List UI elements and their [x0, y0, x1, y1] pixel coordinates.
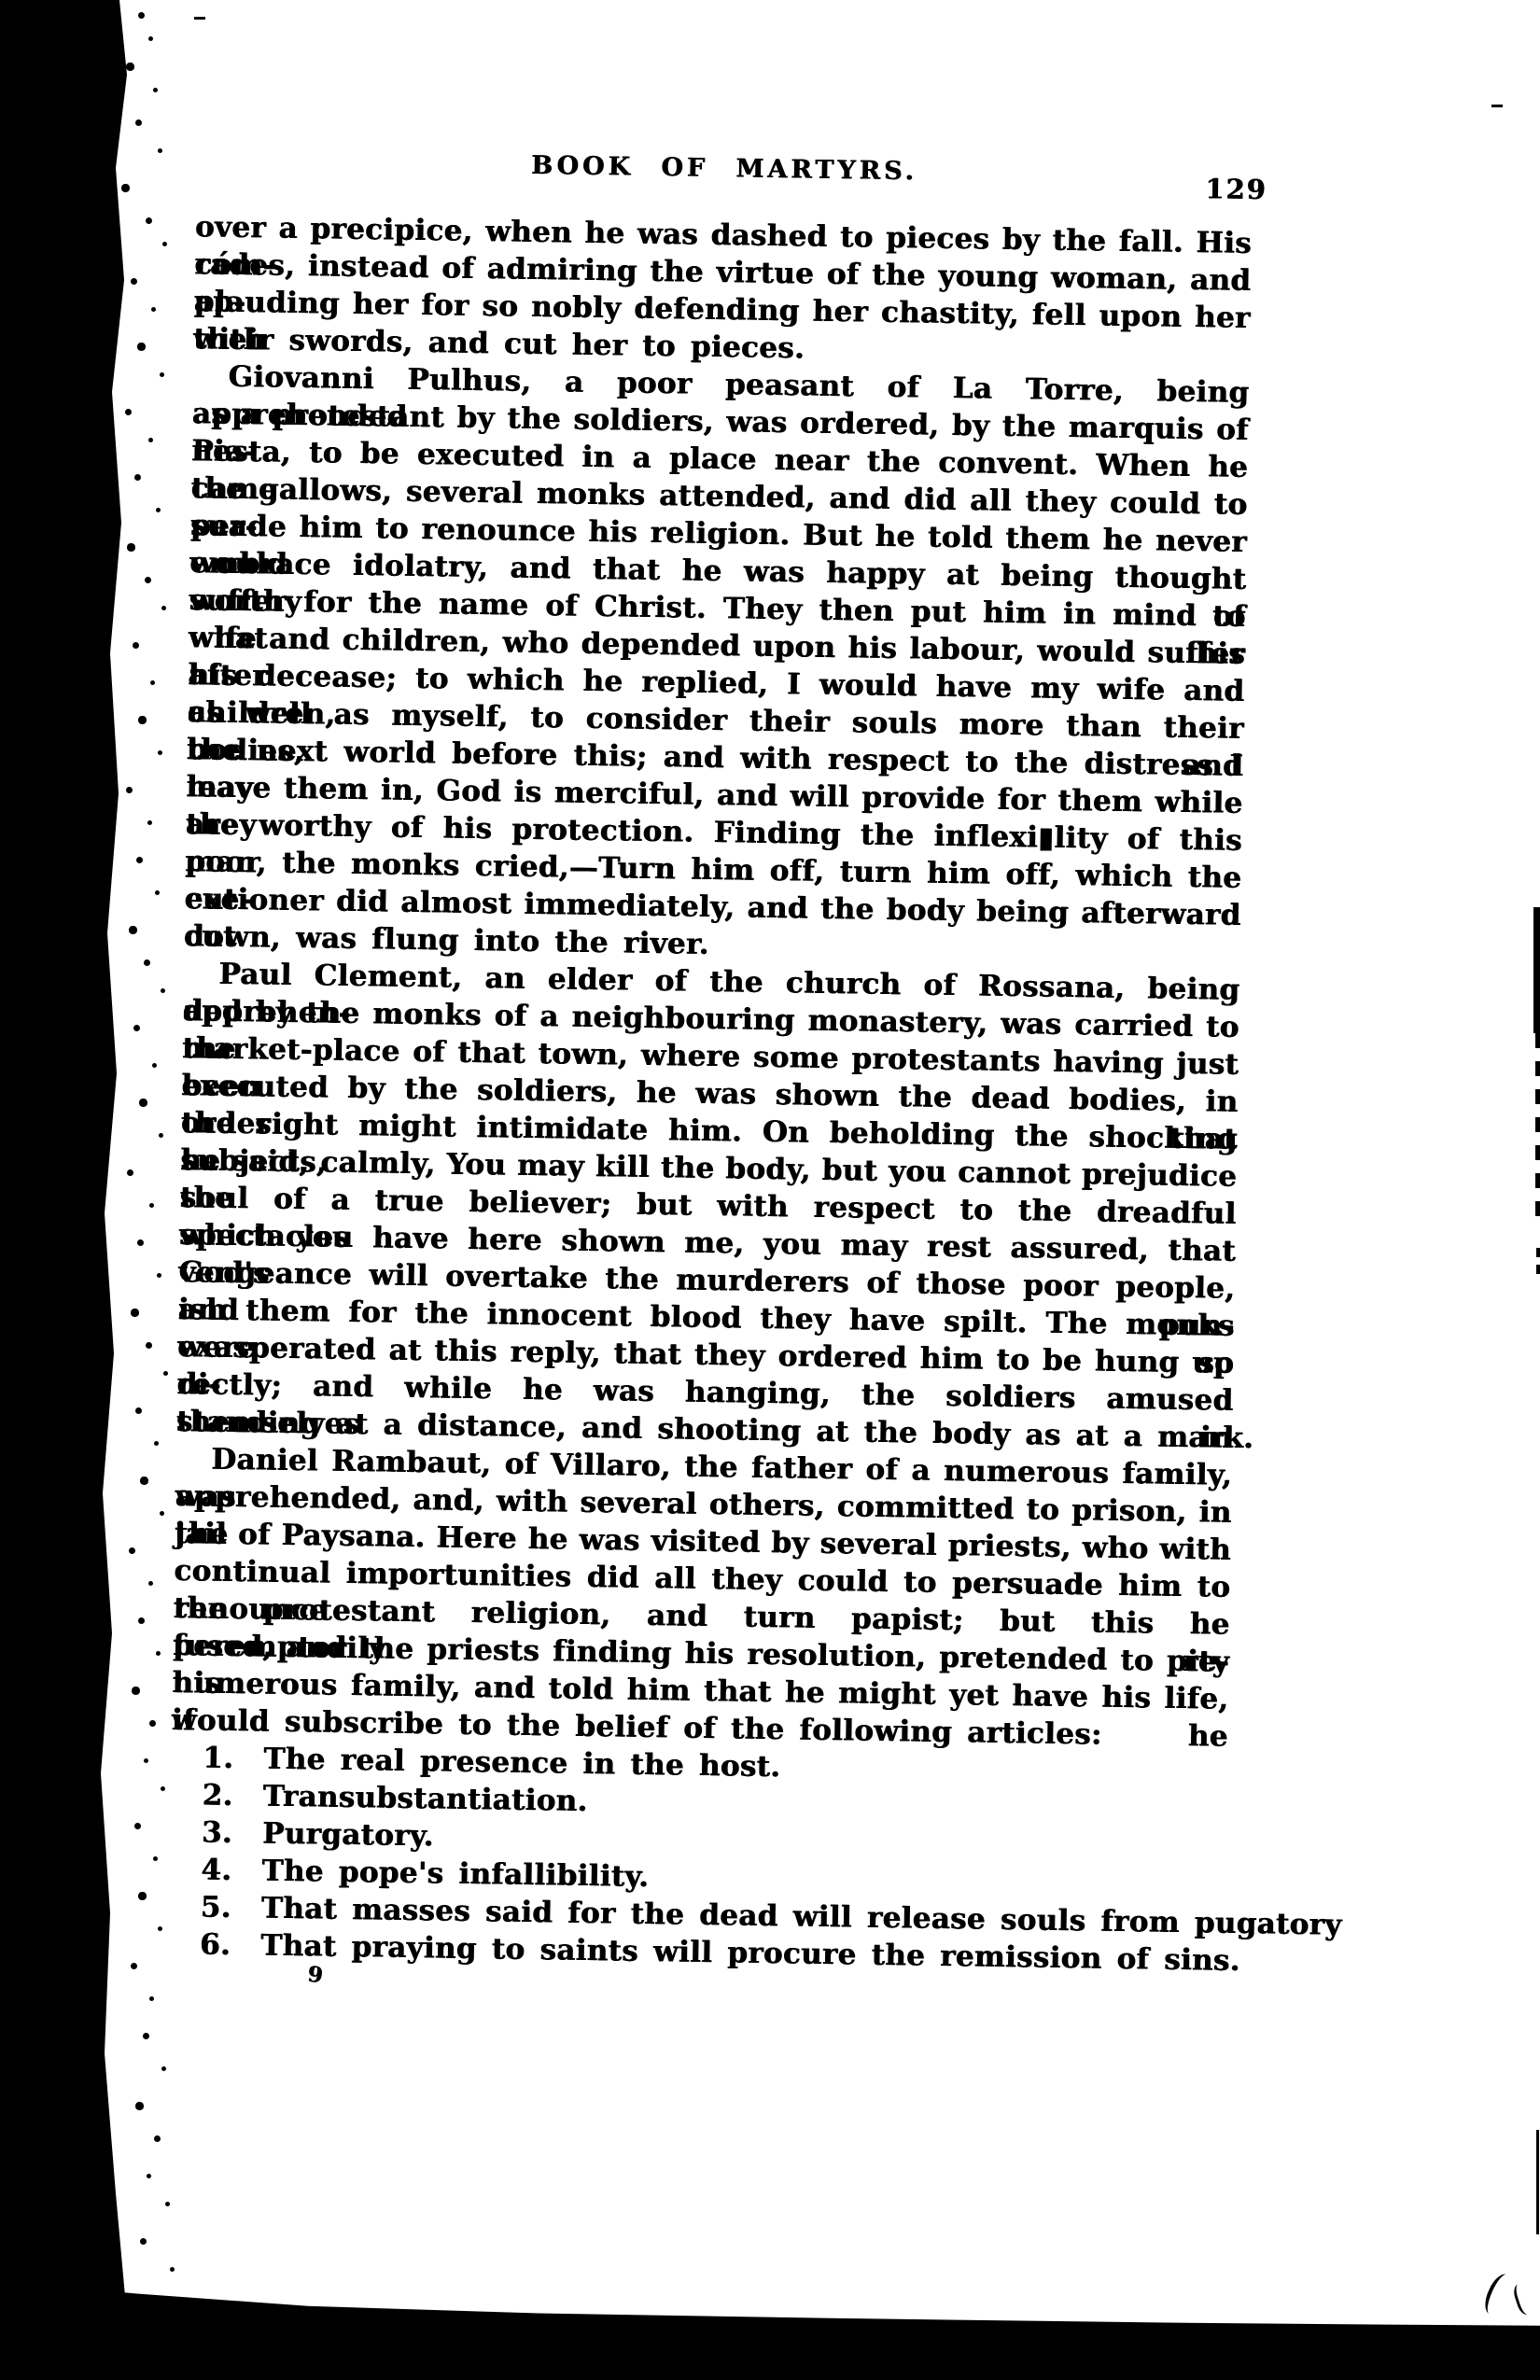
- page-number: 129: [1205, 173, 1267, 205]
- scanned-book-page: BOOK OF MARTYRS. 129 over a precipice, w…: [0, 0, 1540, 2380]
- running-header-title: BOOK OF MARTYRS.: [196, 146, 1253, 191]
- right-edge-scan-artifact: [1533, 907, 1540, 1033]
- right-edge-scan-artifact: [1535, 1033, 1540, 1229]
- scan-speckle-noise: [0, 0, 3, 3]
- body-text: over a precipice, when he was dashed to …: [168, 208, 1252, 1980]
- right-edge-scan-artifact: [1536, 1248, 1540, 1280]
- corner-scratch-mark: [1511, 2281, 1538, 2317]
- bottom-edge-scan-artifact: [0, 2277, 1540, 2380]
- right-edge-scan-artifact: [1536, 2130, 1539, 2234]
- stray-mark: [194, 17, 205, 20]
- page-text-block: BOOK OF MARTYRS. 129 over a precipice, w…: [167, 134, 1253, 2018]
- printer-signature-mark: 9: [306, 1962, 324, 1989]
- left-binding-scan-artifact: [0, 0, 140, 2380]
- stray-mark: [1491, 105, 1503, 107]
